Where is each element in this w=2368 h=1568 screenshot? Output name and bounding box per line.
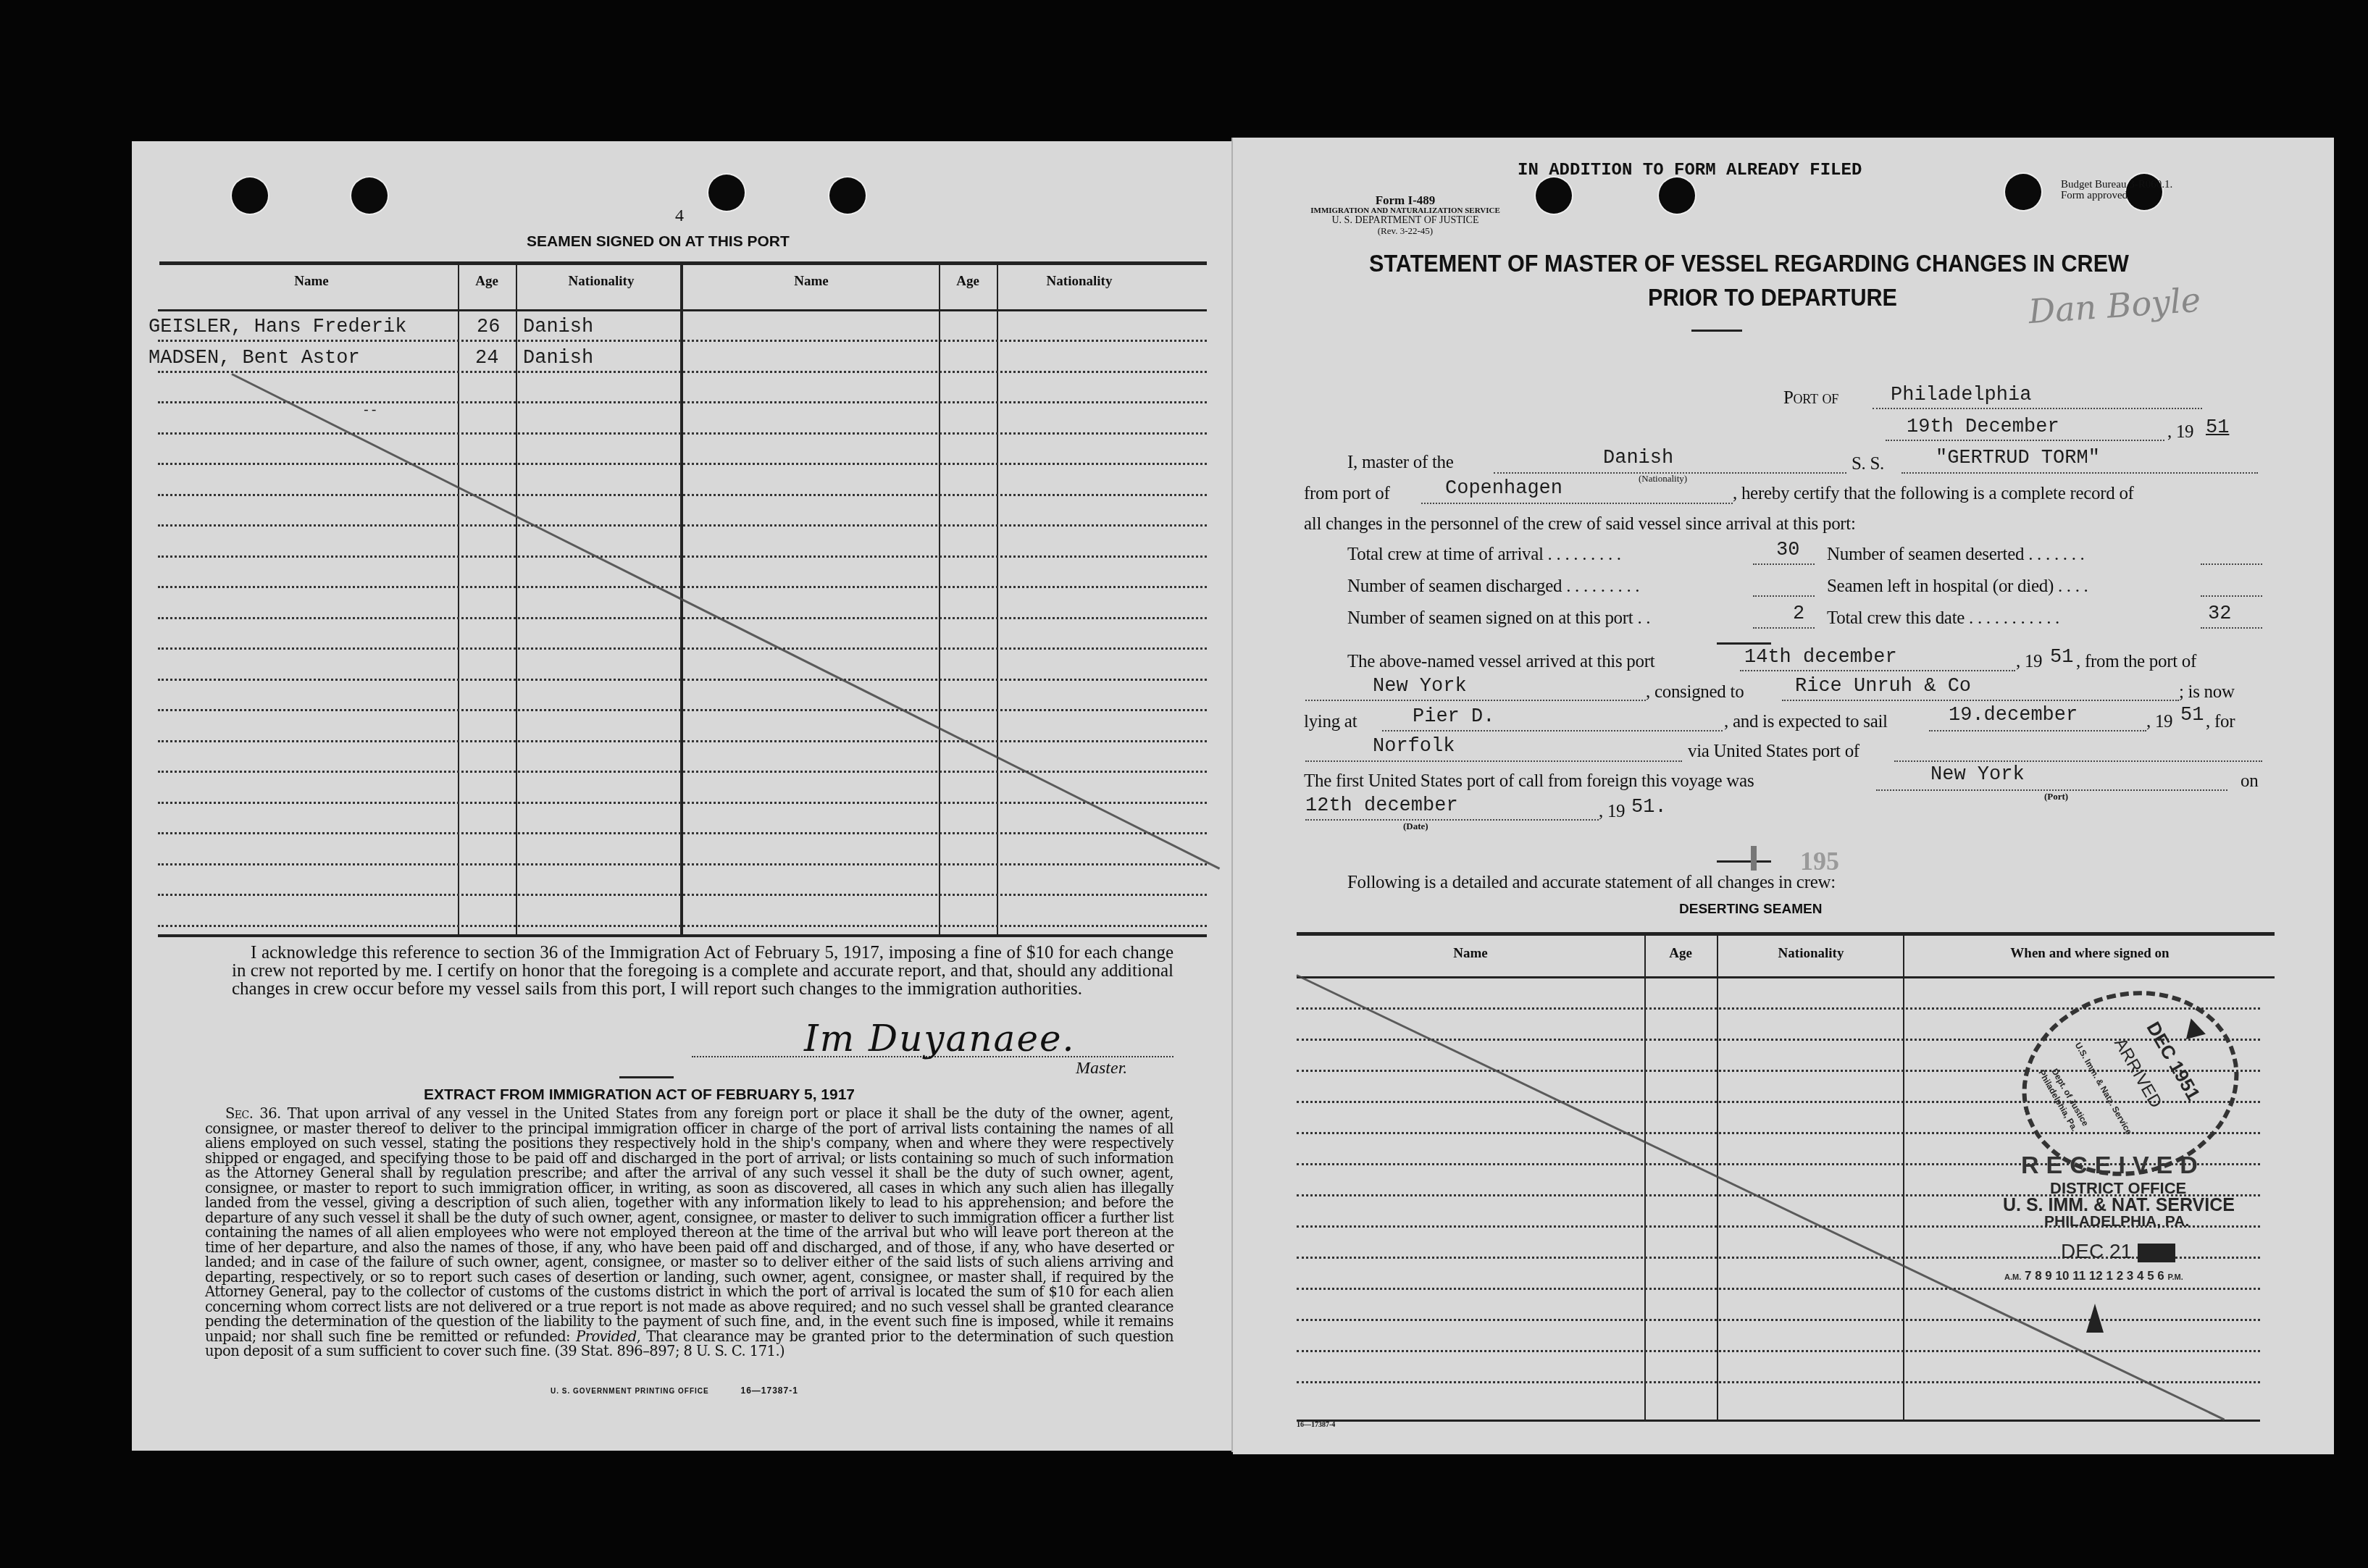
certify-text-2: all changes in the personnel of the crew… — [1304, 514, 1856, 534]
ss-label: S. S. — [1852, 454, 1884, 474]
first-port-date-underline — [1305, 819, 1599, 821]
col-header-when-where: When and where signed on — [1920, 946, 2260, 962]
hour-pointer-icon — [2086, 1304, 2104, 1333]
master-signature: Im Duyanaee. — [804, 1018, 1076, 1060]
consignee-underline — [1782, 700, 2179, 701]
signed-on-label: Number of seamen signed on at this port … — [1347, 608, 1650, 629]
total-crew-date-value: 32 — [2208, 603, 2231, 625]
lying-at-underline — [1382, 730, 1723, 731]
section-title-deserting: DESERTING SEAMEN — [1679, 902, 1822, 918]
arrived-year-prefix: , 19 — [2016, 652, 2042, 672]
discharged-label: Number of seamen discharged . . . . . . … — [1347, 577, 1639, 597]
statement-year: 51 — [2206, 417, 2229, 439]
signed-on-underline — [1753, 627, 1815, 629]
year-prefix: , 19 — [2167, 422, 2193, 443]
agency: Immigration and Naturalization Service — [1289, 206, 1521, 216]
table-bottom-rule — [1297, 1420, 2260, 1422]
on-label: on — [2241, 771, 2258, 792]
table-row-rule — [158, 401, 1207, 403]
table-bottom-rule — [158, 934, 1207, 937]
table-row-rule — [158, 925, 1207, 927]
arrived-from-underline — [1305, 700, 1646, 701]
section-title-signed-on: SEAMEN SIGNED ON AT THIS PORT — [527, 233, 790, 251]
from-port-of-label: , from the port of — [2076, 652, 2196, 672]
table-header-rule — [1297, 976, 2275, 978]
master-label: Master. — [1076, 1059, 1127, 1078]
table-row-rule — [158, 740, 1207, 742]
first-port-date: 12th december — [1305, 795, 1458, 817]
punch-hole-icon — [2005, 174, 2041, 210]
budget-block: Budget Bureau 3-R060.1. Form approved. — [2061, 180, 2172, 201]
punch-hole-icon — [829, 177, 866, 214]
from-port-label: from port of — [1304, 484, 1390, 504]
am-label: A.M. — [2004, 1273, 2021, 1282]
separator — [619, 1076, 674, 1078]
col-header-nationality: Nationality — [1739, 946, 1883, 962]
hospital-underline — [2201, 595, 2262, 597]
signed-on-value: 2 — [1793, 603, 1804, 625]
col-header-nationality-2: Nationality — [1014, 274, 1145, 290]
seaman-name: MADSEN, Bent Astor — [148, 348, 360, 369]
table-row-rule — [158, 679, 1207, 681]
col-header-age: Age — [465, 274, 509, 290]
total-crew-arrival-label: Total crew at time of arrival . . . . . … — [1347, 545, 1621, 565]
col-header-name: Name — [275, 274, 348, 290]
arrived-from: New York — [1373, 676, 1467, 697]
table-row-rule — [158, 494, 1207, 496]
table-row-rule — [158, 832, 1207, 834]
table-row-rule — [1297, 1350, 2260, 1352]
received-date-block — [2138, 1244, 2175, 1262]
table-row-rule — [158, 617, 1207, 619]
year-prefix-text: 19 — [2176, 422, 2193, 442]
col-header-name-2: Name — [775, 274, 848, 290]
consigned-label: , consigned to — [1646, 682, 1744, 703]
vessel-name: "GERTRUD TORM" — [1936, 448, 2100, 469]
table-row-rule — [158, 586, 1207, 588]
expected-label: , and is expected to sail — [1724, 712, 1888, 732]
year-prefix-text: 19 — [2155, 712, 2172, 731]
separator — [1717, 642, 1771, 645]
table-row-rule — [158, 863, 1207, 865]
table-row-rule — [158, 340, 1207, 342]
printer-code: 16—17387-1 — [740, 1385, 798, 1396]
arrived-underline — [1740, 670, 2015, 671]
discharged-underline — [1753, 595, 1815, 597]
table-row-rule — [1297, 1319, 2260, 1321]
table-row-rule — [1297, 1288, 2260, 1290]
form-approved: Form approved. — [2061, 190, 2172, 201]
table-row-rule — [158, 463, 1207, 465]
form-header-block: Form I-489 Immigration and Naturalizatio… — [1289, 196, 1521, 236]
table-row-rule — [158, 555, 1207, 558]
arrow-icon — [2181, 1016, 2206, 1039]
sail-date-underline — [1929, 730, 2146, 731]
punch-hole-icon — [232, 177, 268, 214]
hospital-label: Seamen left in hospital (or died) . . . … — [1827, 577, 2088, 597]
via-port-underline — [1894, 760, 2262, 762]
statement-date: 19th December — [1907, 416, 2059, 438]
first-port: New York — [1930, 764, 2025, 786]
received-date-text: DEC 21 — [2061, 1240, 2132, 1262]
col-header-nationality: Nationality — [536, 274, 666, 290]
for-label: , for — [2206, 712, 2235, 732]
printer-name: U. S. GOVERNMENT PRINTING OFFICE — [551, 1388, 709, 1396]
form-title-line1: STATEMENT OF MASTER OF VESSEL REGARDING … — [1369, 250, 2129, 278]
year-prefix-text: 19 — [2025, 652, 2042, 671]
certify-text: , hereby certify that the following is a… — [1733, 484, 2134, 504]
punch-hole-icon — [1659, 177, 1695, 214]
separator — [1717, 860, 1771, 863]
total-crew-date-underline — [2201, 627, 2262, 629]
vessel-underline — [1901, 472, 2258, 474]
deserted-label: Number of seamen deserted . . . . . . . — [1827, 545, 2085, 565]
seaman-age: 26 — [477, 316, 500, 338]
date-caption: (Date) — [1403, 821, 1428, 832]
seaman-nationality: Danish — [523, 316, 593, 338]
table-row-rule — [158, 524, 1207, 527]
received-date: DEC 21 — [2061, 1240, 2175, 1263]
is-now-label: ; is now — [2179, 682, 2235, 703]
col-header-age: Age — [1652, 946, 1710, 962]
revision: (Rev. 3-22-45) — [1289, 226, 1521, 236]
table-top-rule — [159, 261, 1207, 265]
table-row-rule — [158, 894, 1207, 896]
extract-section-36: Sec. 36. That upon arrival of any vessel… — [205, 1107, 1173, 1359]
received-status: RECEIVED — [2021, 1152, 2205, 1180]
following-text: Following is a detailed and accurate sta… — [1347, 873, 1836, 893]
first-port-year-prefix: , 19 — [1599, 802, 1625, 822]
date-underline — [1886, 440, 2164, 441]
total-crew-date-label: Total crew this date . . . . . . . . . .… — [1827, 608, 2059, 629]
seaman-age: 24 — [475, 348, 498, 369]
first-port-year: 51. — [1631, 797, 1667, 818]
hour-marks: 7 8 9 10 11 12 1 2 3 4 5 6 — [2025, 1269, 2164, 1283]
lying-at: Pier D. — [1413, 706, 1494, 728]
table-row-rule — [158, 647, 1207, 650]
punch-hole-icon — [1536, 177, 1572, 214]
col-header-name: Name — [1434, 946, 1507, 962]
seaman-nationality: Danish — [523, 348, 593, 369]
page-fold — [1231, 138, 1233, 1452]
lying-at-label: lying at — [1304, 712, 1357, 732]
budget-bureau: Budget Bureau 3-R060.1. — [2061, 180, 2172, 190]
destination: Norfolk — [1373, 736, 1455, 758]
printer-code: 16—17387-4 — [1297, 1421, 1335, 1429]
seaman-name: GEISLER, Hans Frederik — [148, 316, 406, 338]
pm-label: P.M. — [2168, 1273, 2183, 1282]
arrived-label: The above-named vessel arrived at this p… — [1347, 652, 1654, 672]
punch-hole-icon — [708, 175, 745, 211]
port-of-label: Port of — [1783, 388, 1838, 408]
from-port-value: Copenhagen — [1445, 478, 1562, 500]
from-port-underline — [1421, 503, 1733, 504]
port-caption: (Port) — [2044, 791, 2068, 802]
consignee: Rice Unruh & Co — [1795, 676, 1971, 697]
total-crew-arrival-underline — [1753, 563, 1815, 565]
table-row-rule — [158, 432, 1207, 435]
table-row-rule — [158, 802, 1207, 804]
destination-underline — [1305, 760, 1682, 762]
addition-stamp: IN ADDITION TO FORM ALREADY FILED — [1518, 161, 1862, 180]
extract-title: EXTRACT FROM IMMIGRATION ACT OF FEBRUARY… — [424, 1086, 855, 1104]
faint-number: 195 — [1800, 846, 1839, 876]
deserted-underline — [2201, 563, 2262, 565]
faint-mark — [1751, 846, 1757, 871]
received-city: PHILADELPHIA, PA. — [2044, 1213, 2189, 1230]
extract-body: That upon arrival of any vessel in the U… — [205, 1105, 1173, 1345]
table-top-rule — [1297, 932, 2275, 936]
acknowledgment-text: I acknowledge this reference to section … — [232, 944, 1173, 998]
arrived-date: 14th december — [1744, 647, 1897, 668]
form-title-line2: PRIOR TO DEPARTURE — [1648, 284, 1897, 312]
received-hours: A.M. 7 8 9 10 11 12 1 2 3 4 5 6 P.M. — [2004, 1269, 2183, 1283]
title-rule — [1691, 330, 1742, 332]
arrived-year: 51 — [2050, 647, 2073, 668]
via-label: via United States port of — [1688, 742, 1859, 762]
col-header-age-2: Age — [946, 274, 990, 290]
vessel-nationality: Danish — [1603, 448, 1673, 469]
port-of-underline — [1873, 408, 2202, 409]
table-row-rule — [158, 371, 1207, 373]
printer-line: U. S. GOVERNMENT PRINTING OFFICE 16—1738… — [551, 1385, 798, 1396]
master-of-label: I, master of the — [1347, 453, 1454, 473]
table-row-rule — [158, 771, 1207, 773]
nationality-caption: (Nationality) — [1639, 473, 1687, 485]
form-number: Form I-489 — [1289, 196, 1521, 206]
page-number: 4 — [675, 206, 684, 226]
sail-year: 51 — [2180, 705, 2204, 726]
first-port-label: The first United States port of call fro… — [1304, 771, 1754, 792]
year-prefix-text: 19 — [1607, 802, 1625, 821]
sail-year-prefix: , 19 — [2146, 712, 2172, 732]
sail-date: 19.december — [1949, 705, 2078, 726]
table-row-rule — [158, 709, 1207, 711]
punch-hole-icon — [351, 177, 388, 214]
department: U. S. DEPARTMENT OF JUSTICE — [1289, 216, 1521, 226]
port-of-value: Philadelphia — [1891, 385, 2031, 406]
total-crew-arrival-value: 30 — [1776, 540, 1799, 561]
table-row-rule — [1297, 1381, 2260, 1383]
stray-mark: -- — [362, 404, 378, 419]
